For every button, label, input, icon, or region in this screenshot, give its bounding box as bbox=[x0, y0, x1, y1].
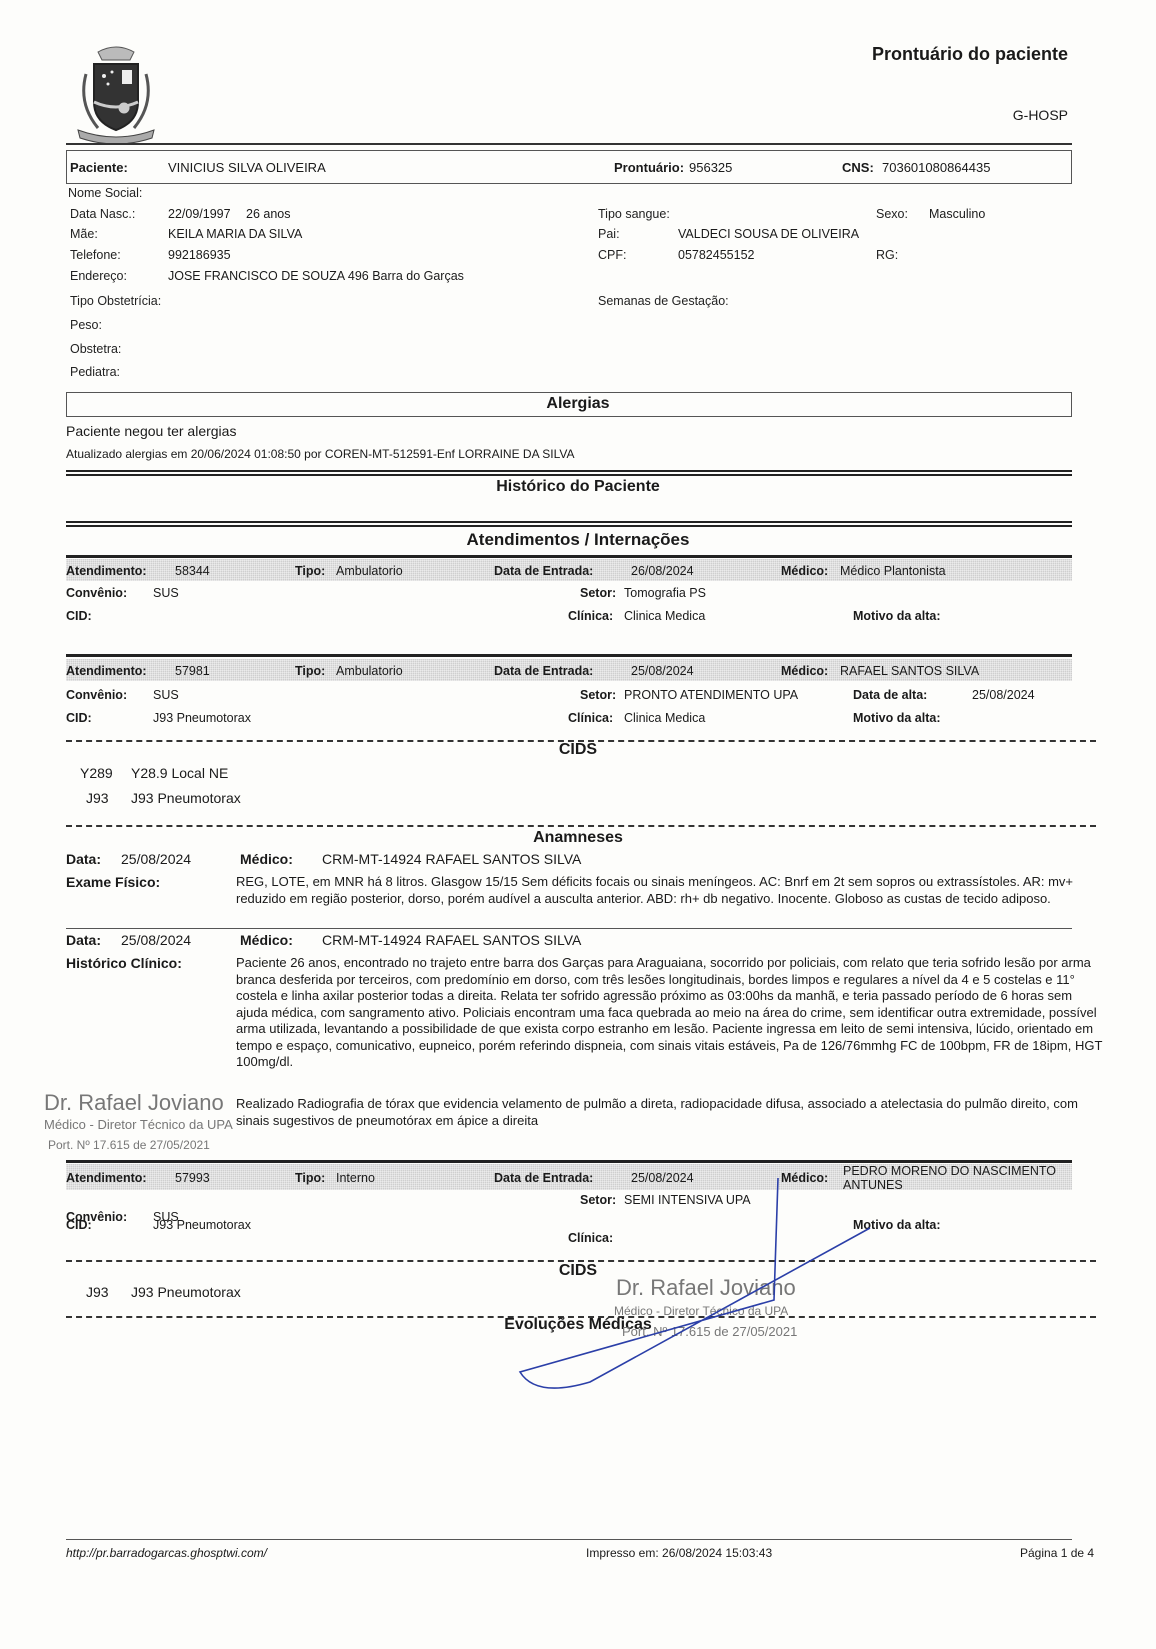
pai-label: Pai: bbox=[598, 227, 620, 241]
data-nasc-value: 22/09/1997 bbox=[168, 207, 231, 221]
atendimento-2-setor: PRONTO ATENDIMENTO UPA bbox=[624, 688, 798, 702]
cid-label: CID: bbox=[66, 609, 92, 623]
atendimento-2-medico: RAFAEL SANTOS SILVA bbox=[840, 664, 979, 678]
cns-value: 703601080864435 bbox=[882, 160, 990, 175]
anamnese-medico-label: Médico: bbox=[240, 932, 293, 948]
cid-code: J93 bbox=[86, 790, 109, 806]
atendimento-1-medico: Médico Plantonista bbox=[840, 564, 946, 578]
setor-label: Setor: bbox=[580, 586, 616, 600]
mae-label: Mãe: bbox=[70, 227, 98, 241]
medico-label: Médico: bbox=[781, 1171, 828, 1185]
anamnese-separator bbox=[66, 928, 1072, 929]
atendimentos-divider bbox=[66, 521, 1072, 527]
sexo-label: Sexo: bbox=[876, 207, 908, 221]
cid-code: Y289 bbox=[80, 765, 113, 781]
setor-label: Setor: bbox=[580, 1193, 616, 1207]
historico-clinico-label: Histórico Clínico: bbox=[66, 955, 182, 971]
peso-label: Peso: bbox=[70, 318, 102, 332]
idade-value: 26 anos bbox=[246, 207, 290, 221]
paciente-value: VINICIUS SILVA OLIVEIRA bbox=[168, 160, 326, 175]
historico-divider bbox=[66, 470, 1072, 476]
atendimento-1-id[interactable]: 58344 bbox=[175, 564, 210, 578]
anamnese-data-label: Data: bbox=[66, 932, 101, 948]
setor-label: Setor: bbox=[580, 688, 616, 702]
atendimento-2-clinica: Clinica Medica bbox=[624, 711, 705, 725]
stamp-doctor-name: Dr. Rafael Joviano bbox=[44, 1090, 224, 1116]
exame-fisico-label: Exame Físico: bbox=[66, 874, 160, 890]
atendimento-1-tipo: Ambulatorio bbox=[336, 564, 403, 578]
endereco-label: Endereço: bbox=[70, 269, 127, 283]
cid-label: CID: bbox=[66, 711, 92, 725]
atendimento-2-id[interactable]: 57981 bbox=[175, 664, 210, 678]
historico-clinico-text: Paciente 26 anos, encontrado no trajeto … bbox=[236, 955, 1104, 1071]
atendimento-2-data-alta: 25/08/2024 bbox=[972, 688, 1035, 702]
sexo-value: Masculino bbox=[929, 207, 985, 221]
rg-label: RG: bbox=[876, 248, 898, 262]
footer-url[interactable]: http://pr.barradogarcas.ghosptwi.com/ bbox=[66, 1546, 267, 1560]
cid-desc: J93 Pneumotorax bbox=[131, 1284, 241, 1300]
alergias-title: Alergias bbox=[0, 395, 1156, 413]
endereco-value: JOSE FRANCISCO DE SOUZA 496 Barra do Gar… bbox=[168, 269, 464, 283]
prontuario-label: Prontuário: bbox=[614, 160, 684, 175]
atendimento-2-data-entrada: 25/08/2024 bbox=[631, 664, 694, 678]
footer-divider bbox=[66, 1539, 1072, 1540]
pediatra-label: Pediatra: bbox=[70, 365, 120, 379]
atendimento-3-medico: PEDRO MORENO DO NASCIMENTO ANTUNES bbox=[843, 1164, 1073, 1192]
atendimento-2-convenio: SUS bbox=[153, 688, 179, 702]
atendimento-1-data-entrada: 26/08/2024 bbox=[631, 564, 694, 578]
anamnese-data-label: Data: bbox=[66, 851, 101, 867]
atendimentos-title: Atendimentos / Internações bbox=[0, 530, 1156, 550]
data-entrada-label: Data de Entrada: bbox=[494, 664, 593, 678]
historico-clinico-text-2: Realizado Radiografia de tórax que evide… bbox=[236, 1096, 1104, 1129]
data-entrada-label: Data de Entrada: bbox=[494, 1171, 593, 1185]
atendimento-1-convenio: SUS bbox=[153, 586, 179, 600]
system-name: G-HOSP bbox=[1013, 107, 1068, 123]
data-alta-label: Data de alta: bbox=[853, 688, 927, 702]
stamp-role: Médico - Diretor Técnico da UPA bbox=[44, 1117, 233, 1132]
alergias-text: Paciente negou ter alergias bbox=[66, 423, 236, 439]
cpf-label: CPF: bbox=[598, 248, 626, 262]
exame-fisico-text: REG, LOTE, em MNR há 8 litros. Glasgow 1… bbox=[236, 874, 1096, 907]
prontuario-value: 956325 bbox=[689, 160, 732, 175]
stamp-portaria: Port. Nº 17.615 de 27/05/2021 bbox=[622, 1324, 797, 1339]
atendimento-1-setor: Tomografia PS bbox=[624, 586, 706, 600]
atendimento-1-top-rule bbox=[66, 555, 1072, 558]
medico-label: Médico: bbox=[781, 664, 828, 678]
atendimento-1-clinica: Clinica Medica bbox=[624, 609, 705, 623]
anamnese-2-data: 25/08/2024 bbox=[121, 932, 191, 948]
atendimento-3-tipo: Interno bbox=[336, 1171, 375, 1185]
tipo-sangue-label: Tipo sangue: bbox=[598, 207, 670, 221]
mae-value: KEILA MARIA DA SILVA bbox=[168, 227, 302, 241]
atendimento-label: Atendimento: bbox=[66, 1171, 147, 1185]
atendimento-3-top-rule bbox=[66, 1160, 1072, 1163]
motivo-alta-label: Motivo da alta: bbox=[853, 609, 941, 623]
obstetra-label: Obstetra: bbox=[70, 342, 121, 356]
coat-of-arms-logo bbox=[68, 44, 164, 144]
footer-page: Página 1 de 4 bbox=[1020, 1546, 1094, 1560]
tipo-label: Tipo: bbox=[295, 664, 325, 678]
atendimento-label: Atendimento: bbox=[66, 564, 147, 578]
nome-social-label: Nome Social: bbox=[68, 186, 142, 200]
tipo-label: Tipo: bbox=[295, 564, 325, 578]
cns-label: CNS: bbox=[842, 160, 874, 175]
atendimento-label: Atendimento: bbox=[66, 664, 147, 678]
evolucoes-title: Evoluções Médicas bbox=[0, 1316, 1156, 1334]
convenio-label: Convênio: bbox=[66, 688, 127, 702]
telefone-label: Telefone: bbox=[70, 248, 121, 262]
historico-title: Histórico do Paciente bbox=[0, 478, 1156, 496]
stamp-role: Médico - Diretor Técnico da UPA bbox=[614, 1304, 788, 1318]
atendimento-3-data-entrada: 25/08/2024 bbox=[631, 1171, 694, 1185]
atendimento-2-cid: J93 Pneumotorax bbox=[153, 711, 251, 725]
tipo-label: Tipo: bbox=[295, 1171, 325, 1185]
clinica-label: Clínica: bbox=[568, 609, 613, 623]
atendimento-2-tipo: Ambulatorio bbox=[336, 664, 403, 678]
data-entrada-label: Data de Entrada: bbox=[494, 564, 593, 578]
footer-printed: Impresso em: 26/08/2024 15:03:43 bbox=[586, 1546, 772, 1560]
cid-desc: Y28.9 Local NE bbox=[131, 765, 228, 781]
semanas-gestacao-label: Semanas de Gestação: bbox=[598, 294, 729, 308]
cids-title: CIDS bbox=[0, 741, 1156, 759]
cid-label: CID: bbox=[66, 1218, 92, 1232]
stamp-doctor-name: Dr. Rafael Joviano bbox=[616, 1275, 796, 1301]
cid-code: J93 bbox=[86, 1284, 109, 1300]
atendimento-2-top-rule bbox=[66, 654, 1072, 657]
cid-desc: J93 Pneumotorax bbox=[131, 790, 241, 806]
motivo-alta-label: Motivo da alta: bbox=[853, 711, 941, 725]
anamnese-medico-label: Médico: bbox=[240, 851, 293, 867]
tipo-obstetricia-label: Tipo Obstetrícia: bbox=[70, 294, 161, 308]
anamnese-1-medico: CRM-MT-14924 RAFAEL SANTOS SILVA bbox=[322, 851, 581, 867]
data-nasc-label: Data Nasc.: bbox=[70, 207, 135, 221]
clinica-label: Clínica: bbox=[568, 711, 613, 725]
paciente-label: Paciente: bbox=[70, 160, 128, 175]
clinica-label: Clínica: bbox=[568, 1231, 613, 1245]
atendimento-3-id[interactable]: 57993 bbox=[175, 1171, 210, 1185]
pai-value: VALDECI SOUSA DE OLIVEIRA bbox=[678, 227, 859, 241]
alergias-updated: Atualizado alergias em 20/06/2024 01:08:… bbox=[66, 447, 575, 461]
atendimento-3-cid: J93 Pneumotorax bbox=[153, 1218, 251, 1232]
anamneses-divider bbox=[66, 825, 1096, 827]
stamp-portaria: Port. Nº 17.615 de 27/05/2021 bbox=[48, 1138, 210, 1152]
motivo-alta-label: Motivo da alta: bbox=[853, 1218, 941, 1232]
cpf-value: 05782455152 bbox=[678, 248, 754, 262]
anamneses-title: Anamneses bbox=[0, 829, 1156, 847]
anamnese-2-medico: CRM-MT-14924 RAFAEL SANTOS SILVA bbox=[322, 932, 581, 948]
document-title: Prontuário do paciente bbox=[872, 44, 1068, 65]
convenio-label: Convênio: bbox=[66, 586, 127, 600]
medico-label: Médico: bbox=[781, 564, 828, 578]
telefone-value: 992186935 bbox=[168, 248, 231, 262]
anamnese-1-data: 25/08/2024 bbox=[121, 851, 191, 867]
header-divider bbox=[66, 143, 1072, 145]
cids-title: CIDS bbox=[0, 1262, 1156, 1280]
atendimento-3-setor: SEMI INTENSIVA UPA bbox=[624, 1193, 751, 1207]
